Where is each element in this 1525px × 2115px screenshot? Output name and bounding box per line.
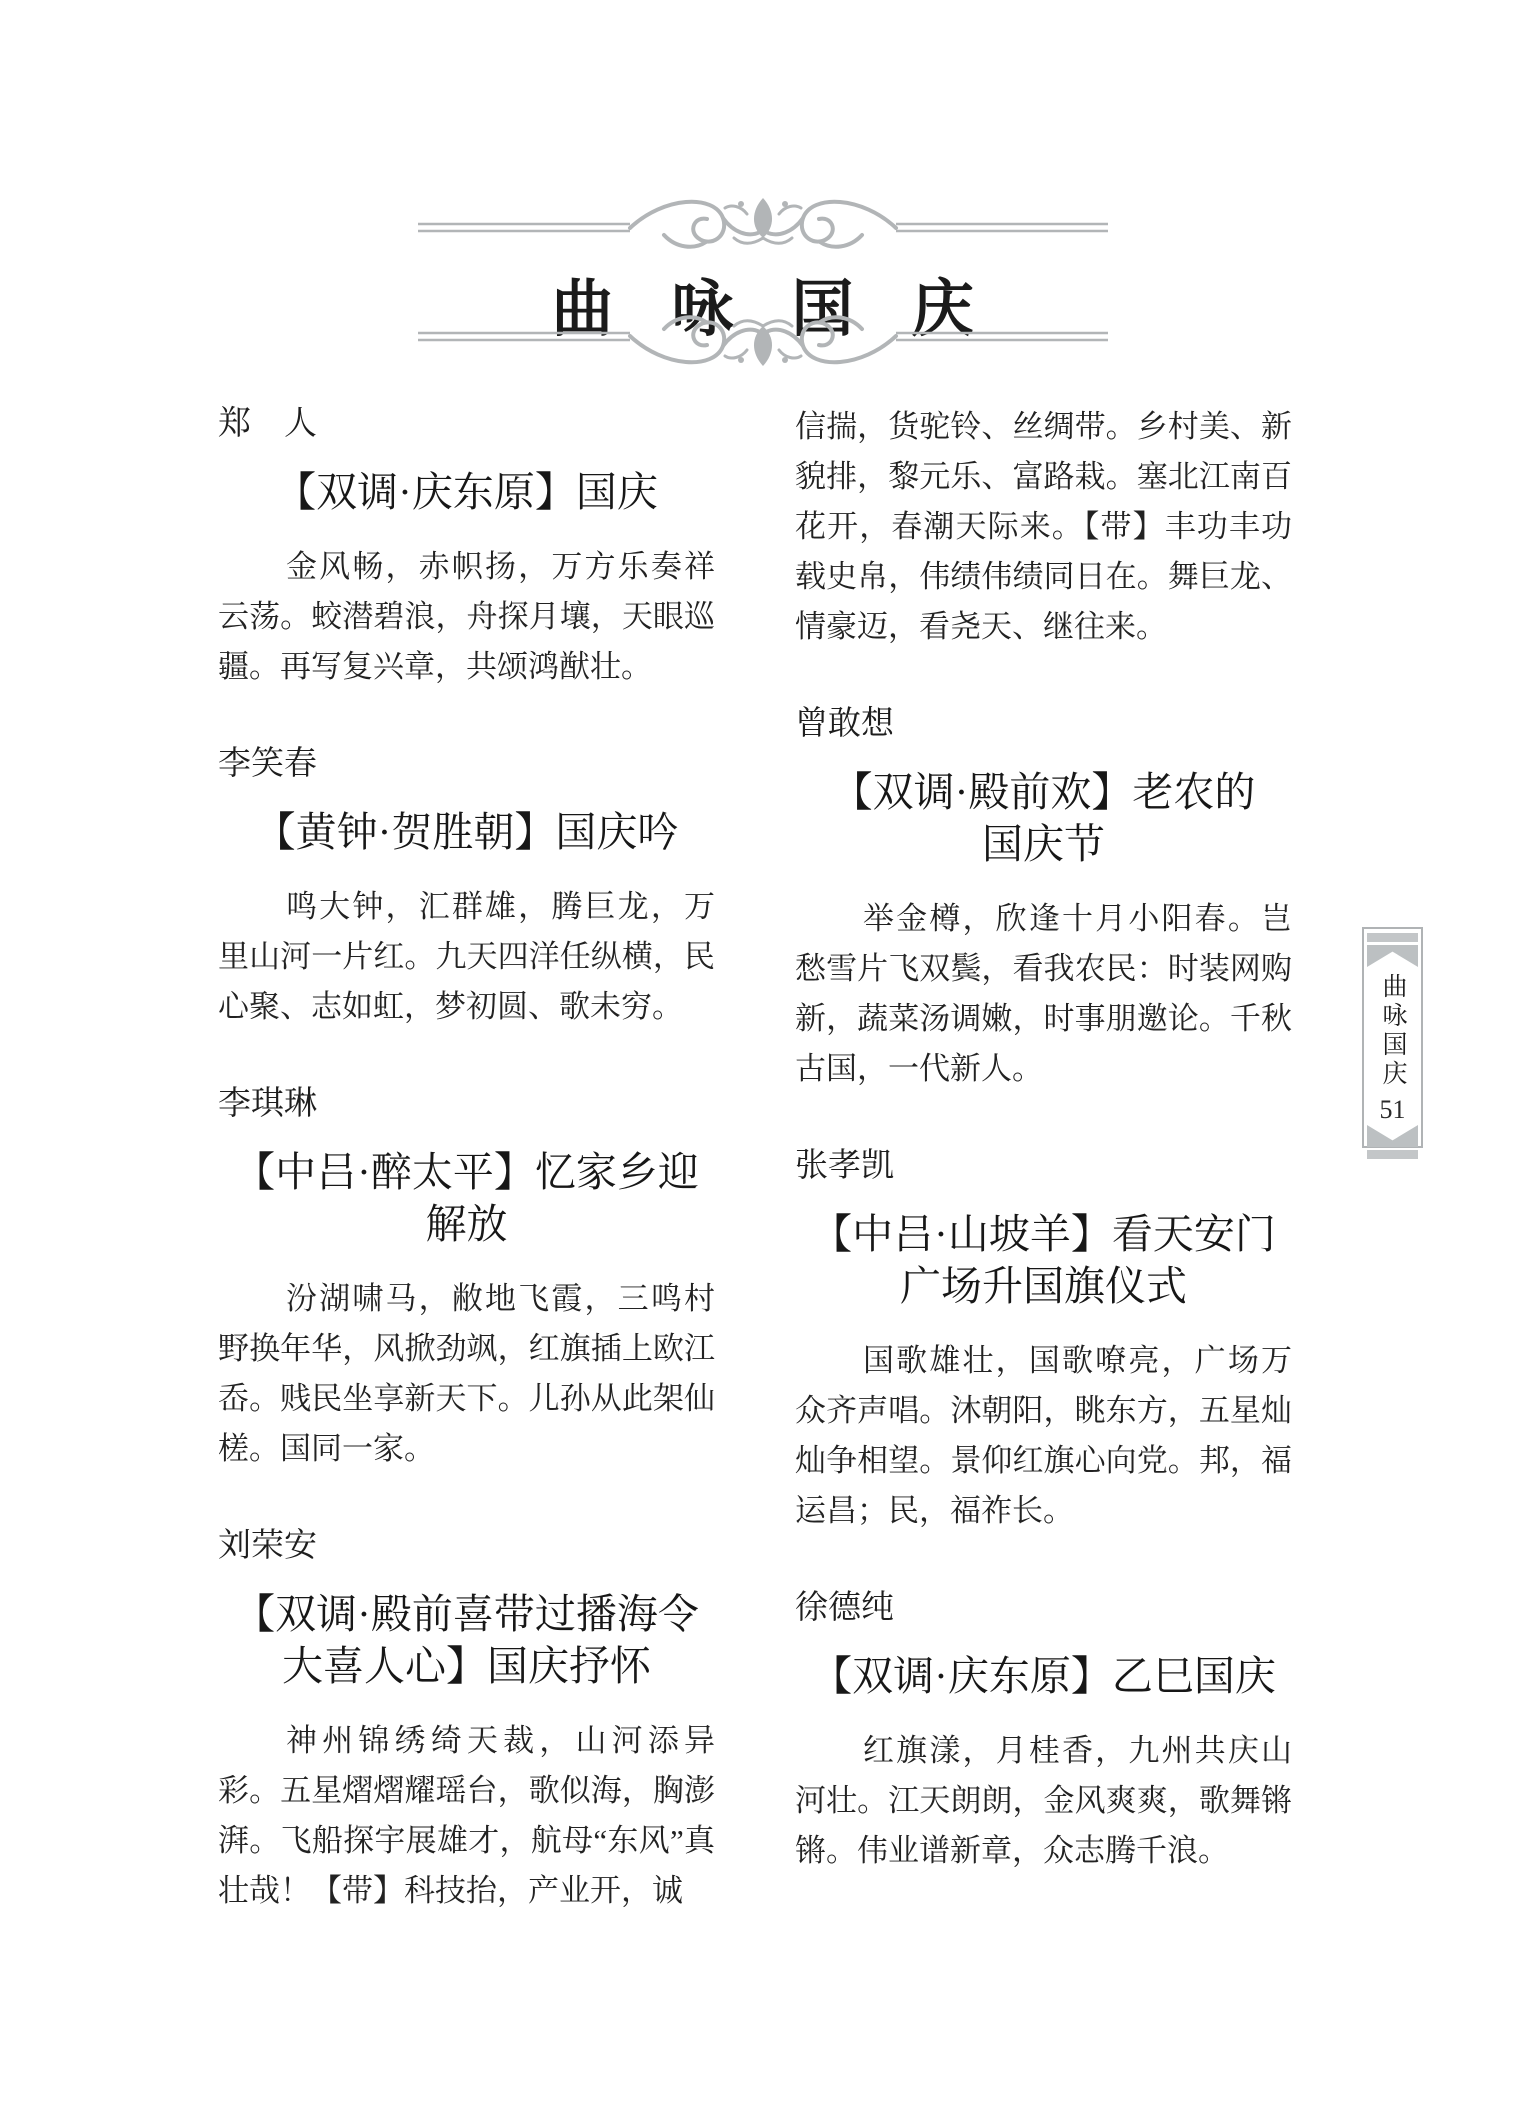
- tune-title-line: 【双调·庆东原】国庆: [218, 466, 715, 518]
- tune-title-line: 【双调·殿前喜带过播海令: [218, 1588, 715, 1640]
- tune-title: 【中吕·醉太平】忆家乡迎 解放: [218, 1146, 715, 1250]
- tune-title-line: 【双调·庆东原】乙巳国庆: [795, 1650, 1292, 1702]
- author-name: 张孝凯: [795, 1146, 1292, 1186]
- poem-section: 徐德纯 【双调·庆东原】乙巳国庆 红旗漾，月桂香，九州共庆山河壮。江天朗朗，金风…: [795, 1588, 1292, 1876]
- tab-bottom-ribbon-icon: [1367, 1125, 1418, 1147]
- book-page: 曲咏国庆 郑 人 【双调·庆东原】国庆: [0, 0, 1525, 2115]
- header-flourish-icon: [418, 188, 1108, 252]
- author-name: 郑 人: [218, 404, 715, 444]
- tune-title: 【双调·庆东原】乙巳国庆: [795, 1650, 1292, 1702]
- poem-section: 李琪琳 【中吕·醉太平】忆家乡迎 解放 汾湖啸马，敝地飞霞，三鸣村野换年华，风掀…: [218, 1084, 715, 1474]
- poem-text: 国歌雄壮，国歌嘹亮，广场万众齐声唱。沐朝阳，眺东方，五星灿灿争相望。景仰红旗心向…: [795, 1336, 1292, 1536]
- tune-title: 【中吕·山坡羊】看天安门 广场升国旗仪式: [795, 1208, 1292, 1312]
- tune-title-line: 【中吕·醉太平】忆家乡迎: [218, 1146, 715, 1198]
- author-name: 徐德纯: [795, 1588, 1292, 1628]
- tune-title-line: 【黄钟·贺胜朝】国庆吟: [218, 806, 715, 858]
- tune-title-line: 解放: [218, 1198, 715, 1250]
- author-name: 李琪琳: [218, 1084, 715, 1124]
- poem-text: 金风畅，赤帜扬，万方乐奏祥云荡。蛟潜碧浪，舟探月壤，天眼巡疆。再写复兴章，共颂鸿…: [218, 542, 715, 692]
- tune-title-line: 广场升国旗仪式: [795, 1260, 1292, 1312]
- poem-text: 举金樽，欣逢十月小阳春。岂愁雪片飞双鬓，看我农民：时装网购新，蔬菜汤调嫩，时事朋…: [795, 894, 1292, 1094]
- left-column: 郑 人 【双调·庆东原】国庆 金风畅，赤帜扬，万方乐奏祥云荡。蛟潜碧浪，舟探月壤…: [218, 378, 715, 1916]
- poem-text: 汾湖啸马，敝地飞霞，三鸣村野换年华，风掀劲飒，红旗插上欧江岙。贱民坐享新天下。儿…: [218, 1274, 715, 1474]
- tune-title: 【黄钟·贺胜朝】国庆吟: [218, 806, 715, 858]
- poem-section-continuation: 信揣，货驼铃、丝绸带。乡村美、新貌排，黎元乐、富路栽。塞北江南百花开，春潮天际来…: [795, 402, 1292, 652]
- tune-title-line: 【中吕·山坡羊】看天安门: [795, 1208, 1292, 1260]
- tune-title: 【双调·殿前喜带过播海令 大喜人心】国庆抒怀: [218, 1588, 715, 1692]
- chapter-tab-label: 曲咏国庆: [1379, 973, 1406, 1089]
- poem-section: 郑 人 【双调·庆东原】国庆 金风畅，赤帜扬，万方乐奏祥云荡。蛟潜碧浪，舟探月壤…: [218, 404, 715, 692]
- tune-title: 【双调·殿前欢】老农的 国庆节: [795, 766, 1292, 870]
- poem-text: 鸣大钟，汇群雄，腾巨龙，万里山河一片红。九天四洋任纵横，民心聚、志如虹，梦初圆、…: [218, 882, 715, 1032]
- tune-title-line: 国庆节: [795, 818, 1292, 870]
- page-number: 51: [1380, 1095, 1406, 1125]
- tune-title-line: 【双调·殿前欢】老农的: [795, 766, 1292, 818]
- poem-text: 红旗漾，月桂香，九州共庆山河壮。江天朗朗，金风爽爽，歌舞锵锵。伟业谱新章，众志腾…: [795, 1726, 1292, 1876]
- poem-text: 神州锦绣绮天裁，山河添异彩。五星熠熠耀瑶台，歌似海，胸澎湃。飞船探宇展雄才，航母…: [218, 1716, 715, 1916]
- poem-text-continuation: 信揣，货驼铃、丝绸带。乡村美、新貌排，黎元乐、富路栽。塞北江南百花开，春潮天际来…: [795, 402, 1292, 652]
- tab-top-bar: [1367, 933, 1418, 942]
- poem-section: 张孝凯 【中吕·山坡羊】看天安门 广场升国旗仪式 国歌雄壮，国歌嘹亮，广场万众齐…: [795, 1146, 1292, 1536]
- author-name: 曾敢想: [795, 704, 1292, 744]
- tune-title-line: 大喜人心】国庆抒怀: [218, 1640, 715, 1692]
- footer-flourish-icon: [418, 312, 1108, 376]
- author-name: 刘荣安: [218, 1526, 715, 1566]
- tab-bottom-bar: [1367, 1150, 1418, 1159]
- author-name: 李笑春: [218, 744, 715, 784]
- poem-section: 曾敢想 【双调·殿前欢】老农的 国庆节 举金樽，欣逢十月小阳春。岂愁雪片飞双鬓，…: [795, 704, 1292, 1094]
- right-column: 信揣，货驼铃、丝绸带。乡村美、新貌排，黎元乐、富路栽。塞北江南百花开，春潮天际来…: [795, 378, 1292, 1876]
- chapter-side-tab: 曲咏国庆 51: [1362, 927, 1423, 1148]
- tune-title: 【双调·庆东原】国庆: [218, 466, 715, 518]
- poem-section: 李笑春 【黄钟·贺胜朝】国庆吟 鸣大钟，汇群雄，腾巨龙，万里山河一片红。九天四洋…: [218, 744, 715, 1032]
- tab-top-ribbon-icon: [1367, 945, 1418, 967]
- poem-section: 刘荣安 【双调·殿前喜带过播海令 大喜人心】国庆抒怀 神州锦绣绮天裁，山河添异彩…: [218, 1526, 715, 1916]
